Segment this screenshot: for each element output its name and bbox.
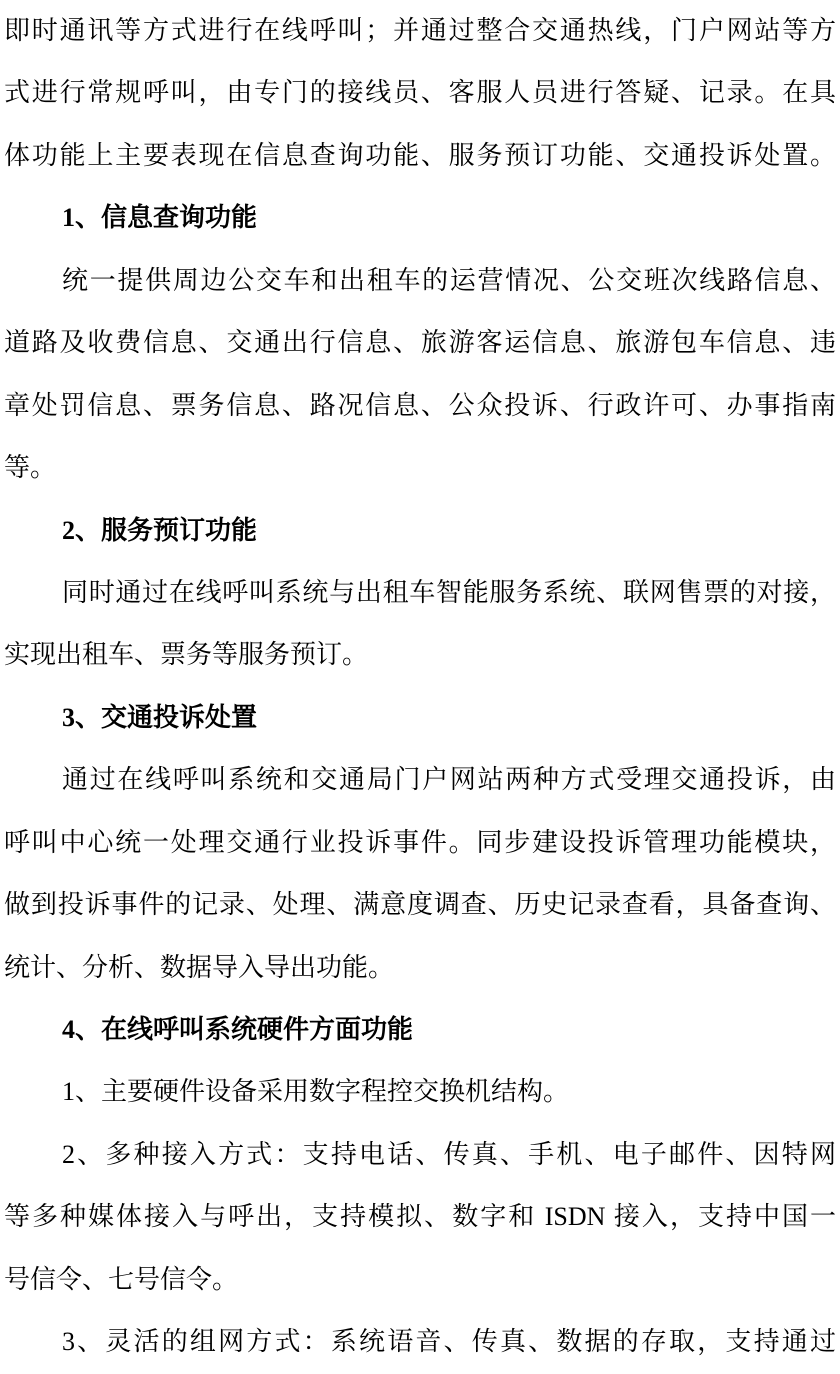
body-text-line: 即时通讯等方式进行在线呼叫；并通过整合交通热线，门户网站等方 (4, 0, 836, 62)
body-text-line: 实现出租车、票务等服务预订。 (4, 624, 836, 686)
body-text-line: 体功能上主要表现在信息查询功能、服务预订功能、交通投诉处置。 (4, 125, 836, 187)
body-text-line: 统一提供周边公交车和出租车的运营情况、公交班次线路信息、 (4, 250, 836, 312)
body-text-line: 做到投诉事件的记录、处理、满意度调查、历史记录查看，具备查询、 (4, 874, 836, 936)
body-text-line: 1、主要硬件设备采用数字程控交换机结构。 (4, 1061, 836, 1123)
body-text-line: 3、灵活的组网方式：系统语音、传真、数据的存取，支持通过 (4, 1311, 836, 1373)
section-heading: 1、信息查询功能 (4, 187, 836, 249)
body-text-line: 同时通过在线呼叫系统与出租车智能服务系统、联网售票的对接， (4, 562, 836, 624)
body-text-line: 2、多种接入方式：支持电话、传真、手机、电子邮件、因特网 (4, 1124, 836, 1186)
body-text-line: 呼叫中心统一处理交通行业投诉事件。同步建设投诉管理功能模块， (4, 812, 836, 874)
body-text-line: 等。 (4, 437, 836, 499)
body-text-line: 章处罚信息、票务信息、路况信息、公众投诉、行政许可、办事指南 (4, 375, 836, 437)
body-text-line: 等多种媒体接入与呼出，支持模拟、数字和 ISDN 接入，支持中国一 (4, 1186, 836, 1248)
body-text-line: 通过在线呼叫系统和交通局门户网站两种方式受理交通投诉，由 (4, 749, 836, 811)
document-page: 即时通讯等方式进行在线呼叫；并通过整合交通热线，门户网站等方 式进行常规呼叫，由… (0, 0, 840, 1374)
body-text-line: 道路及收费信息、交通出行信息、旅游客运信息、旅游包车信息、违 (4, 312, 836, 374)
section-heading: 2、服务预订功能 (4, 500, 836, 562)
body-text-line: 式进行常规呼叫，由专门的接线员、客服人员进行答疑、记录。在具 (4, 62, 836, 124)
section-heading: 3、交通投诉处置 (4, 687, 836, 749)
section-heading: 4、在线呼叫系统硬件方面功能 (4, 999, 836, 1061)
body-text-line: 统计、分析、数据导入导出功能。 (4, 937, 836, 999)
body-text-line: 号信令、七号信令。 (4, 1249, 836, 1311)
